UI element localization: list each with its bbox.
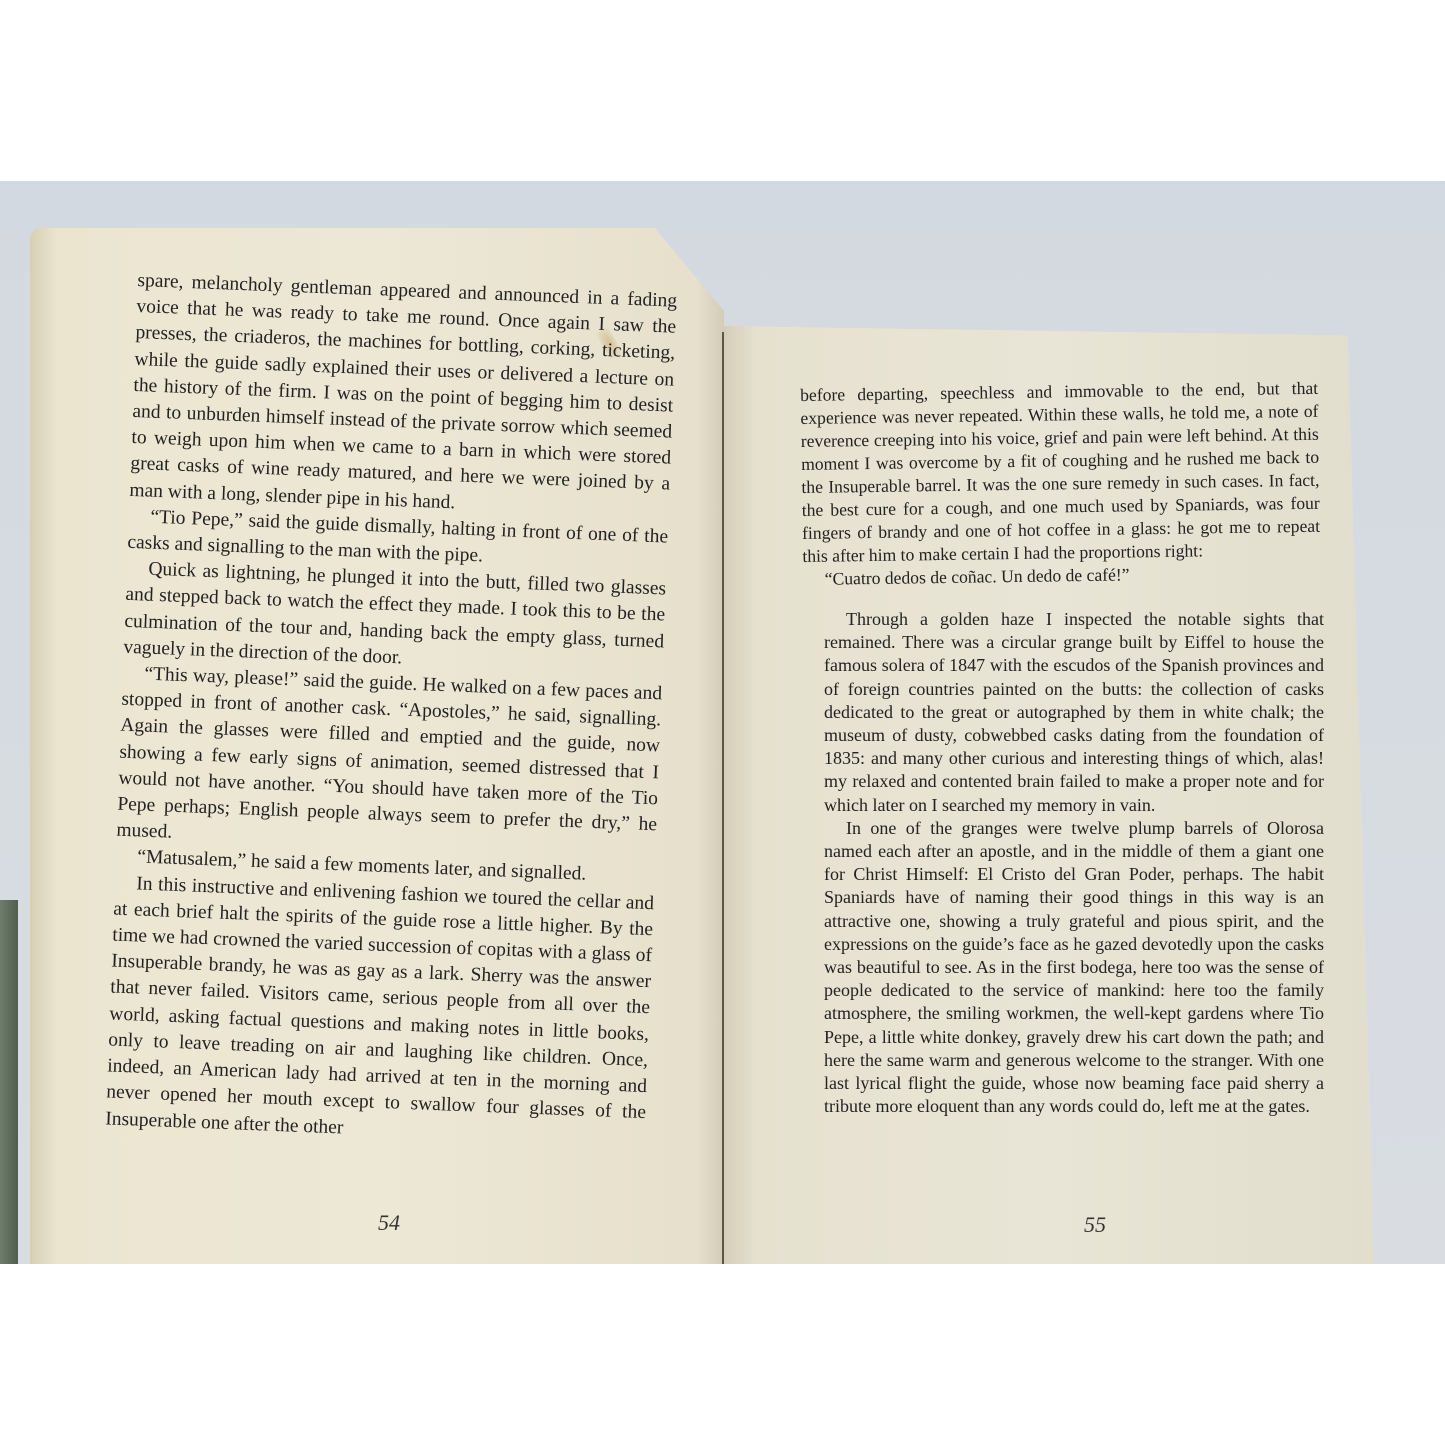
paragraph: Quick as lightning, he plunged it into t… [123,556,667,681]
paragraph: Through a golden haze I inspected the no… [824,608,1324,817]
page-number: 54 [378,1210,400,1236]
left-page-text: spare, melancholy gentleman appeared and… [105,268,678,1153]
page-number: 55 [1084,1212,1106,1238]
paragraph: In this instructive and enlivening fashi… [105,870,655,1153]
paragraph: spare, melancholy gentleman appeared and… [129,268,678,524]
left-page: spare, melancholy gentleman appeared and… [30,228,724,1264]
right-page: before departing, speechless and immovab… [724,326,1374,1264]
right-page-text-upper: before departing, speechless and immovab… [800,377,1321,591]
paragraph: “This way, please!” said the guide. He w… [116,661,663,865]
paragraph: In one of the granges were twelve plump … [824,817,1324,1119]
paragraph: before departing, speechless and immovab… [800,377,1321,568]
right-page-text-lower: Through a golden haze I inspected the no… [824,608,1324,1118]
book-cover-edge [0,900,18,1264]
